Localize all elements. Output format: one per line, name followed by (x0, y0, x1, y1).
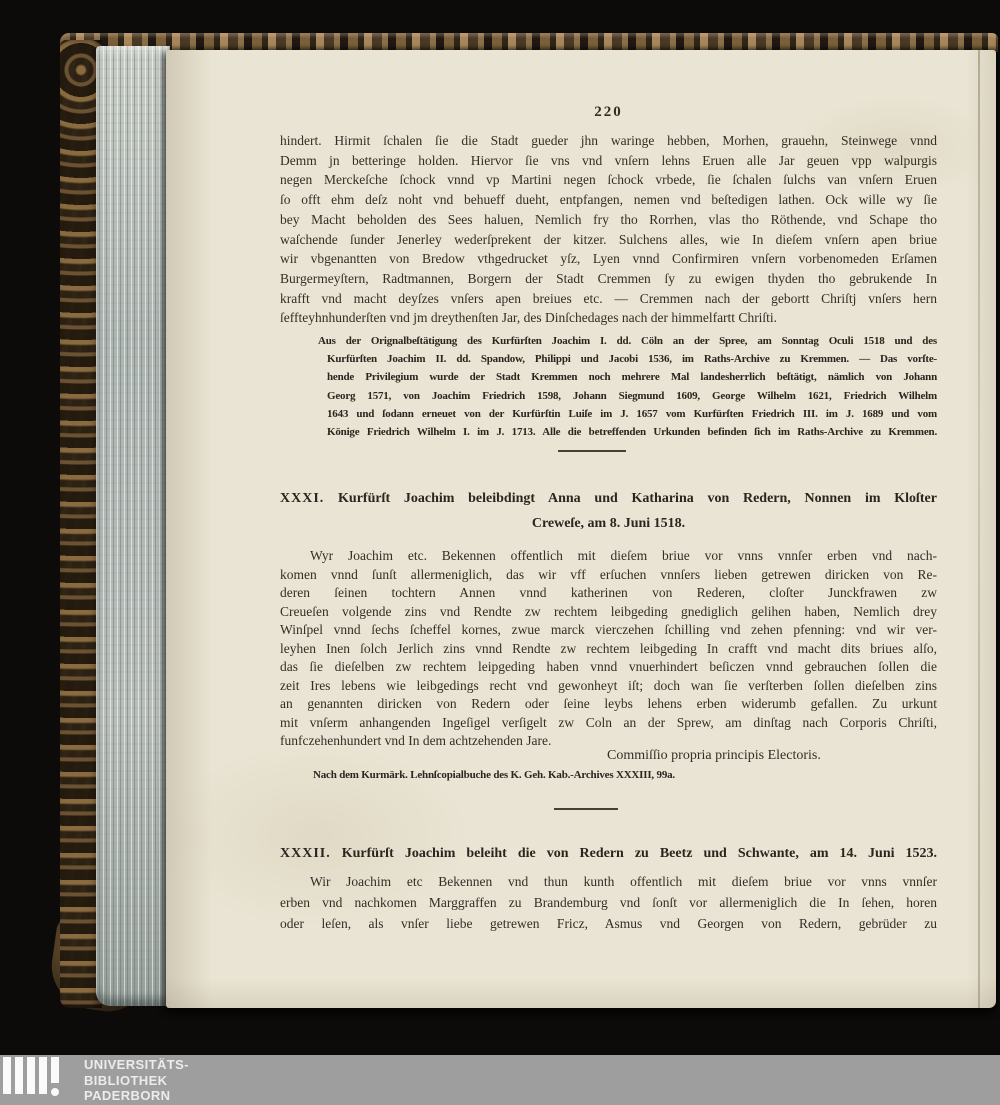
library-logo-bar-icon (27, 1057, 35, 1094)
paragraph-continuation: hindert. Hirmit ſchalen ſie die Stadt gu… (280, 131, 937, 328)
section-xxxii-heading: XXXII. Kurfürſt Joachim beleiht die von … (280, 841, 937, 866)
library-logo-bar-icon (15, 1057, 23, 1094)
signature-line: Commiſſio propria principis Electoris. (607, 748, 937, 764)
section-xxxii-number: XXXII. (280, 846, 331, 861)
library-watermark-bar: UNIVERSITÄTS- BIBLIOTHEK PADERBORN (0, 1055, 1000, 1105)
section-xxxi-heading-line1: XXXI. Kurfürſt Joachim beleibdingt Anna … (280, 486, 937, 511)
book-scan-photo: 220 hindert. Hirmit ſchalen ſie die Stad… (0, 0, 1000, 1105)
section-xxxi-number: XXXI. (280, 491, 324, 506)
library-logo-bar-icon (3, 1057, 11, 1094)
page-number: 220 (280, 104, 937, 121)
section-xxxii-body: Wir Joachim etc Bekennen vnd thun kunth … (280, 872, 937, 934)
library-name-line1: UNIVERSITÄTS- (84, 1057, 189, 1073)
library-name: UNIVERSITÄTS- BIBLIOTHEK PADERBORN (84, 1057, 189, 1104)
footnote-source-kremmen: Aus der Orignalbeſtätigung des Kurfürſte… (318, 332, 937, 441)
section-xxxi-title: Kurfürſt Joachim beleibdingt Anna und Ka… (338, 491, 937, 506)
library-logo-bar-icon (39, 1057, 47, 1094)
section-xxxi-heading: XXXI. Kurfürſt Joachim beleibdingt Anna … (280, 486, 937, 536)
footnote-source-archive: Nach dem Kurmärk. Lehnſcopialbuche des K… (313, 769, 873, 781)
library-logo-exclamation-icon (51, 1057, 59, 1083)
section-divider-rule (558, 450, 626, 452)
library-logo-exclamation-dot-icon (51, 1088, 59, 1096)
section-xxxii-title: Kurfürſt Joachim beleiht die von Redern … (342, 846, 937, 861)
library-name-line2: BIBLIOTHEK (84, 1073, 189, 1089)
page-fore-edges (96, 46, 170, 1006)
book-page: 220 hindert. Hirmit ſchalen ſie die Stad… (166, 50, 996, 1008)
library-name-line3: PADERBORN (84, 1088, 189, 1104)
section-divider-rule (554, 808, 618, 810)
section-xxxi-heading-line2: Creweſe, am 8. Juni 1518. (280, 511, 937, 536)
page-crease (978, 50, 980, 1008)
section-xxxi-body: Wyr Joachim etc. Bekennen offentlich mit… (280, 547, 937, 751)
